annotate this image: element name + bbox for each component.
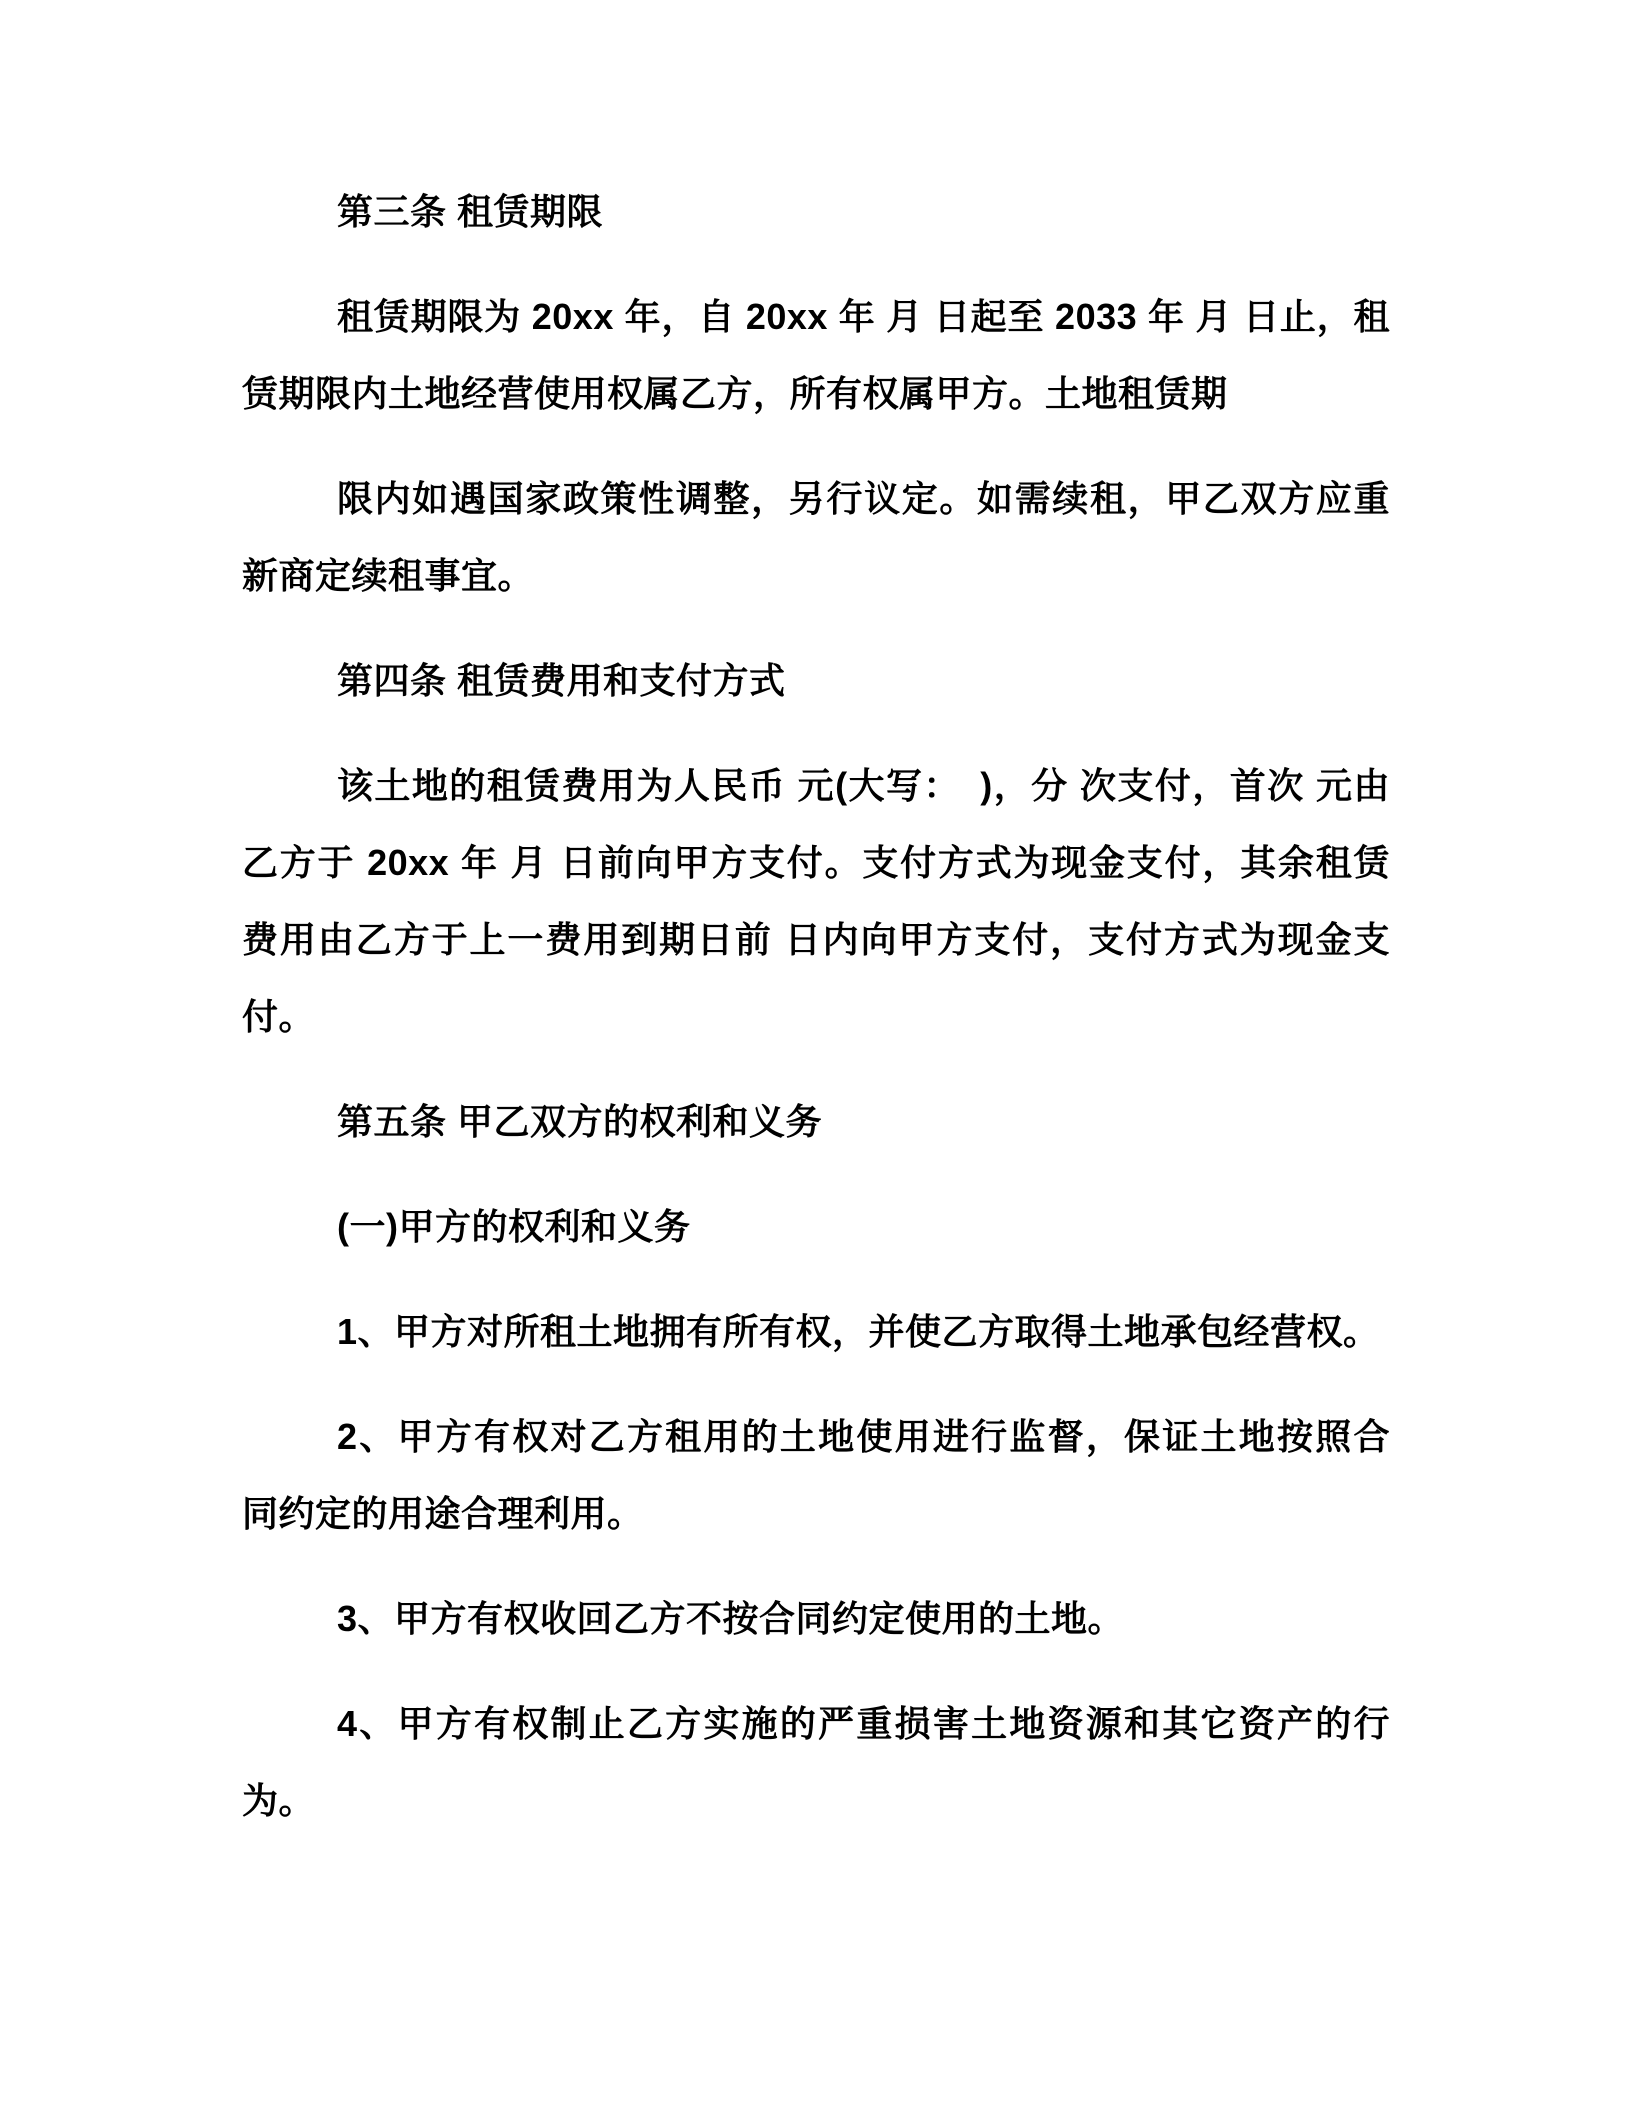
para-lease-term-1: 租赁期限为 20xx 年，自 20xx 年 月 日起至 2033 年 月 日止，… (242, 278, 1390, 432)
subheading-party-a-text: (一)甲方的权利和义务 (242, 1188, 1390, 1265)
heading-article-4-text: 第四条 租赁费用和支付方式 (242, 642, 1390, 719)
list-item-line: 同约定的用途合理利用。 (242, 1475, 1390, 1552)
para-fees-payment: 该土地的租赁费用为人民币 元(大写： )，分 次支付，首次 元由 乙方于 20x… (242, 747, 1390, 1055)
heading-article-4: 第四条 租赁费用和支付方式 (242, 642, 1390, 719)
list-item-line: 4、甲方有权制止乙方实施的严重损害土地资源和其它资产的行 (242, 1685, 1390, 1762)
list-item-line: 3、甲方有权收回乙方不按合同约定使用的土地。 (242, 1580, 1390, 1657)
paragraph-line: 乙方于 20xx 年 月 日前向甲方支付。支付方式为现金支付，其余租赁 (242, 824, 1390, 901)
paragraph-line: 该土地的租赁费用为人民币 元(大写： )，分 次支付，首次 元由 (242, 747, 1390, 824)
contract-page: 第三条 租赁期限 租赁期限为 20xx 年，自 20xx 年 月 日起至 203… (0, 0, 1632, 2112)
list-item-line: 1、甲方对所租土地拥有所有权，并使乙方取得土地承包经营权。 (242, 1293, 1390, 1370)
heading-article-5-text: 第五条 甲乙双方的权利和义务 (242, 1083, 1390, 1160)
heading-article-3: 第三条 租赁期限 (242, 173, 1390, 250)
paragraph-line: 租赁期限为 20xx 年，自 20xx 年 月 日起至 2033 年 月 日止，… (242, 278, 1390, 355)
item-party-a-3: 3、甲方有权收回乙方不按合同约定使用的土地。 (242, 1580, 1390, 1657)
paragraph-line: 费用由乙方于上一费用到期日前 日内向甲方支付，支付方式为现金支 (242, 901, 1390, 978)
paragraph-line: 新商定续租事宜。 (242, 537, 1390, 614)
paragraph-line: 付。 (242, 978, 1390, 1055)
heading-article-3-text: 第三条 租赁期限 (242, 173, 1390, 250)
item-party-a-4: 4、甲方有权制止乙方实施的严重损害土地资源和其它资产的行 为。 (242, 1685, 1390, 1839)
paragraph-line: 限内如遇国家政策性调整，另行议定。如需续租，甲乙双方应重 (242, 460, 1390, 537)
heading-article-5: 第五条 甲乙双方的权利和义务 (242, 1083, 1390, 1160)
paragraph-line: 赁期限内土地经营使用权属乙方，所有权属甲方。土地租赁期 (242, 355, 1390, 432)
item-party-a-2: 2、甲方有权对乙方租用的土地使用进行监督，保证土地按照合 同约定的用途合理利用。 (242, 1398, 1390, 1552)
para-lease-term-2: 限内如遇国家政策性调整，另行议定。如需续租，甲乙双方应重 新商定续租事宜。 (242, 460, 1390, 614)
subheading-party-a: (一)甲方的权利和义务 (242, 1188, 1390, 1265)
list-item-line: 为。 (242, 1762, 1390, 1839)
item-party-a-1: 1、甲方对所租土地拥有所有权，并使乙方取得土地承包经营权。 (242, 1293, 1390, 1370)
list-item-line: 2、甲方有权对乙方租用的土地使用进行监督，保证土地按照合 (242, 1398, 1390, 1475)
